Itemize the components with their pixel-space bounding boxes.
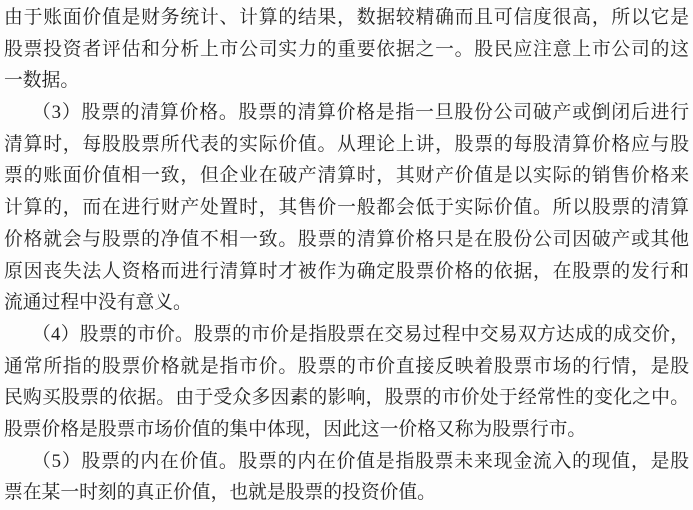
- text-line: 原因丧失法人资格而进行清算时才被作为确定股票价格的依据，在股票的发行和: [4, 256, 689, 288]
- text-line: 清算时，每股股票所代表的实际价值。从理论上讲，股票的每股清算价格应与股: [4, 129, 689, 161]
- text-line: （4）股票的市价。股票的市价是指股票在交易过程中交易双方达成的成交价，: [4, 319, 689, 351]
- text-line: 一数据。: [4, 65, 689, 97]
- text-line: （5）股票的内在价值。股票的内在价值是指股票未来现金流入的现值，是股: [4, 446, 689, 478]
- text-line: 通常所指的股票价格就是指市价。股票的市价直接反映着股票市场的行情，是股: [4, 351, 689, 383]
- text-line: 股票价格是股票市场价值的集中体现，因此这一价格又称为股票行市。: [4, 414, 689, 446]
- text-line: 民购买股票的依据。由于受众多因素的影响，股票的市价处于经常性的变化之中。: [4, 382, 689, 414]
- text-line: 票的账面价值相一致，但企业在破产清算时，其财产价值是以实际的销售价格来: [4, 160, 689, 192]
- text-line: 价格就会与股票的净值不相一致。股票的清算价格只是在股份公司因破产或其他: [4, 224, 689, 256]
- document-page: 由于账面价值是财务统计、计算的结果，数据较精确而且可信度很高，所以它是股票投资者…: [0, 0, 693, 510]
- text-line: 票在某一时刻的真正价值，也就是股票的投资价值。: [4, 477, 689, 509]
- text-line: 计算的，而在进行财产处置时，其售价一般都会低于实际价值。所以股票的清算: [4, 192, 689, 224]
- text-line: 由于账面价值是财务统计、计算的结果，数据较精确而且可信度很高，所以它是: [4, 2, 689, 34]
- text-line: 流通过程中没有意义。: [4, 287, 689, 319]
- text-block: 由于账面价值是财务统计、计算的结果，数据较精确而且可信度很高，所以它是股票投资者…: [4, 2, 689, 509]
- text-line: 股票投资者评估和分析上市公司实力的重要依据之一。股民应注意上市公司的这: [4, 34, 689, 66]
- text-line: （3）股票的清算价格。股票的清算价格是指一旦股份公司破产或倒闭后进行: [4, 97, 689, 129]
